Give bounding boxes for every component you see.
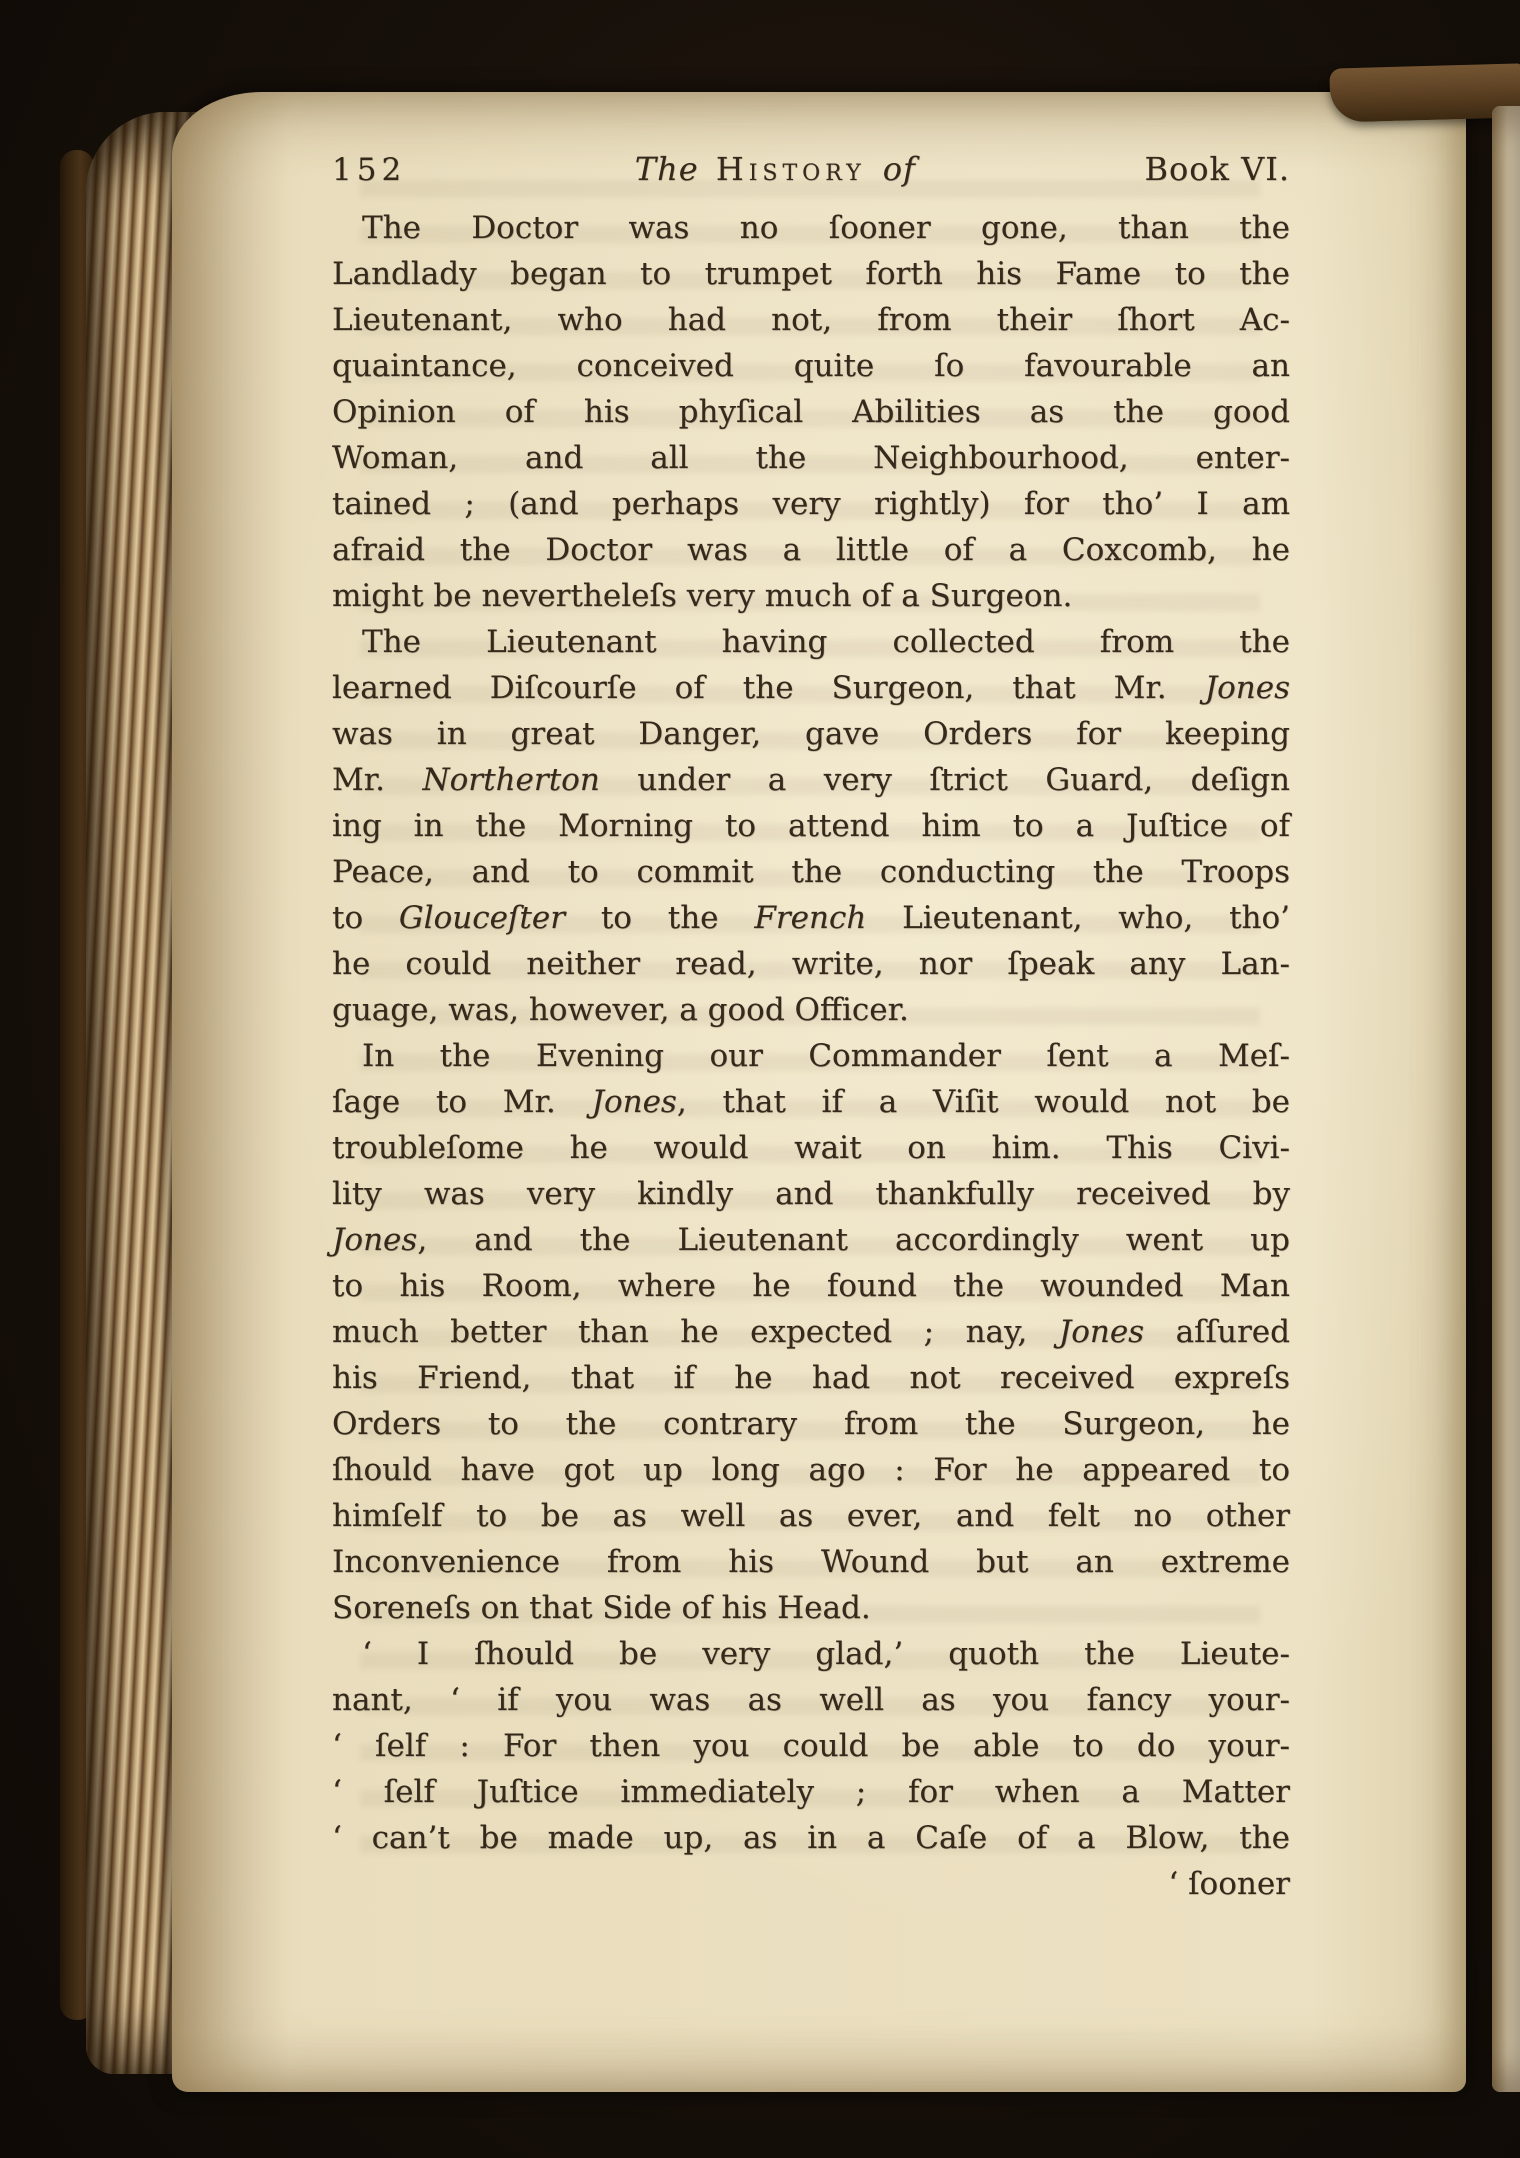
page-header: 152 The History of Book VI.: [332, 146, 1290, 193]
text-segment: guage, was, however, a good Officer.: [332, 992, 909, 1028]
text-segment: Lieutenant, who, tho’: [866, 900, 1290, 936]
text-line: The Lieutenant having collected from the: [332, 619, 1290, 665]
text-segment: learned Diſcourſe of the Surgeon, that M…: [332, 670, 1205, 706]
text-column: 152 The History of Book VI. The Doctor w…: [332, 146, 1290, 1907]
text-line: much better than he expected ; nay, Jone…: [332, 1309, 1290, 1355]
text-segment: , and the Lieutenant accordingly went up: [417, 1222, 1290, 1258]
text-segment: The Doctor was no ſooner gone, than the: [362, 210, 1290, 246]
text-segment: himſelf to be as well as ever, and felt …: [332, 1498, 1290, 1534]
text-segment: his Friend, that if he had not received …: [332, 1360, 1290, 1396]
text-segment: was in great Danger, gave Orders for kee…: [332, 716, 1290, 752]
text-segment: ‘ ſelf : For then you could be able to d…: [332, 1728, 1290, 1764]
italic-text: Glouceſter: [399, 900, 565, 936]
text-segment: Landlady began to trumpet forth his Fame…: [332, 256, 1290, 292]
text-line: he could neither read, write, nor ſpeak …: [332, 941, 1290, 987]
text-segment: Peace, and to commit the conducting the …: [332, 854, 1290, 890]
text-segment: ſhould have got up long ago : For he app…: [332, 1452, 1290, 1488]
italic-text: Jones: [592, 1084, 677, 1120]
text-line: to his Room, where he found the wounded …: [332, 1263, 1290, 1309]
text-segment: under a very ſtrict Guard, deſign: [600, 762, 1290, 798]
text-line: Landlady began to trumpet forth his Fame…: [332, 251, 1290, 297]
text-line: ſhould have got up long ago : For he app…: [332, 1447, 1290, 1493]
text-line: Inconvenience from his Wound but an extr…: [332, 1539, 1290, 1585]
text-line: learned Diſcourſe of the Surgeon, that M…: [332, 665, 1290, 711]
text-segment: Opinion of his phyſical Abilities as the…: [332, 394, 1290, 430]
text-segment: Inconvenience from his Wound but an extr…: [332, 1544, 1290, 1580]
text-segment: quaintance, conceived quite ſo favourabl…: [332, 348, 1290, 384]
text-segment: to the: [565, 900, 754, 936]
text-segment: , that if a Viſit would not be: [677, 1084, 1290, 1120]
italic-text: French: [754, 900, 866, 936]
book-label: Book VI.: [1144, 146, 1290, 192]
text-segment: ‘ can’t be made up, as in a Caſe of a Bl…: [332, 1820, 1290, 1856]
text-segment: afraid the Doctor was a little of a Coxc…: [332, 532, 1290, 568]
text-segment: ‘ I ſhould be very glad,’ quoth the Lieu…: [362, 1636, 1290, 1672]
text-line: In the Evening our Commander ſent a Meſ-: [332, 1033, 1290, 1079]
text-segment: troubleſome he would wait on him. This C…: [332, 1130, 1290, 1166]
text-line: ‘ ſelf Juſtice immediately ; for when a …: [332, 1769, 1290, 1815]
italic-text: Northerton: [423, 762, 600, 798]
text-line: Jones, and the Lieutenant accordingly we…: [332, 1217, 1290, 1263]
text-segment: ing in the Morning to attend him to a Ju…: [332, 808, 1290, 844]
text-line: Mr. Northerton under a very ſtrict Guard…: [332, 757, 1290, 803]
text-segment: lity was very kindly and thankfully rece…: [332, 1176, 1290, 1212]
text-line: might be nevertheleſs very much of a Sur…: [332, 573, 1290, 619]
text-line: Lieutenant, who had not, from their ſhor…: [332, 297, 1290, 343]
text-line: himſelf to be as well as ever, and felt …: [332, 1493, 1290, 1539]
text-line: was in great Danger, gave Orders for kee…: [332, 711, 1290, 757]
text-segment: nant, ‘ if you was as well as you fancy …: [332, 1682, 1290, 1718]
text-line: Peace, and to commit the conducting the …: [332, 849, 1290, 895]
text-segment: In the Evening our Commander ſent a Meſ-: [362, 1038, 1290, 1074]
running-title-segment: History: [710, 150, 872, 188]
text-line: Opinion of his phyſical Abilities as the…: [332, 389, 1290, 435]
text-line: to Glouceſter to the French Lieutenant, …: [332, 895, 1290, 941]
facing-page-edge: [1492, 106, 1520, 2092]
text-segment: The Lieutenant having collected from the: [362, 624, 1290, 660]
italic-text: Jones: [1059, 1314, 1144, 1350]
paragraph: ‘ I ſhould be very glad,’ quoth the Lieu…: [332, 1631, 1290, 1861]
text-segment: to: [332, 900, 399, 936]
paragraph: The Doctor was no ſooner gone, than theL…: [332, 205, 1290, 619]
text-line: Orders to the contrary from the Surgeon,…: [332, 1401, 1290, 1447]
text-line: Soreneſs on that Side of his Head.: [332, 1585, 1290, 1631]
text-line: guage, was, however, a good Officer.: [332, 987, 1290, 1033]
text-segment: Mr.: [332, 762, 423, 798]
text-segment: Orders to the contrary from the Surgeon,…: [332, 1406, 1290, 1442]
text-line: ‘ ſelf : For then you could be able to d…: [332, 1723, 1290, 1769]
text-segment: Soreneſs on that Side of his Head.: [332, 1590, 871, 1626]
text-segment: ſage to Mr.: [332, 1084, 592, 1120]
text-line: lity was very kindly and thankfully rece…: [332, 1171, 1290, 1217]
text-segment: to his Room, where he found the wounded …: [332, 1268, 1290, 1304]
text-line: ‘ I ſhould be very glad,’ quoth the Lieu…: [332, 1631, 1290, 1677]
text-segment: might be nevertheleſs very much of a Sur…: [332, 578, 1072, 614]
paragraph: The Lieutenant having collected from the…: [332, 619, 1290, 1033]
text-line: his Friend, that if he had not received …: [332, 1355, 1290, 1401]
text-line: tained ; (and perhaps very rightly) for …: [332, 481, 1290, 527]
text-segment: ‘ ſelf Juſtice immediately ; for when a …: [332, 1774, 1290, 1810]
text-line: quaintance, conceived quite ſo favourabl…: [332, 343, 1290, 389]
body-text: The Doctor was no ſooner gone, than theL…: [332, 205, 1290, 1861]
text-line: ſage to Mr. Jones, that if a Viſit would…: [332, 1079, 1290, 1125]
running-title-segment: of: [872, 150, 916, 188]
running-title: The History of: [635, 146, 916, 192]
italic-text: Jones: [332, 1222, 417, 1258]
text-segment: he could neither read, write, nor ſpeak …: [332, 946, 1290, 982]
text-line: The Doctor was no ſooner gone, than the: [332, 205, 1290, 251]
text-segment: Lieutenant, who had not, from their ſhor…: [332, 302, 1290, 338]
catchword: ‘ ſooner: [332, 1861, 1290, 1907]
text-line: troubleſome he would wait on him. This C…: [332, 1125, 1290, 1171]
text-line: ‘ can’t be made up, as in a Caſe of a Bl…: [332, 1815, 1290, 1861]
text-line: afraid the Doctor was a little of a Coxc…: [332, 527, 1290, 573]
text-segment: tained ; (and perhaps very rightly) for …: [332, 486, 1290, 522]
book-photo: { "book_page": { "header": { "page_numbe…: [0, 0, 1520, 2158]
text-segment: Woman, and all the Neighbourhood, enter-: [332, 440, 1290, 476]
text-line: nant, ‘ if you was as well as you fancy …: [332, 1677, 1290, 1723]
text-segment: much better than he expected ; nay,: [332, 1314, 1059, 1350]
paragraph: In the Evening our Commander ſent a Meſ-…: [332, 1033, 1290, 1631]
italic-text: Jones: [1205, 670, 1290, 706]
page-number: 152: [332, 147, 406, 193]
text-segment: aſſured: [1144, 1314, 1290, 1350]
text-line: ing in the Morning to attend him to a Ju…: [332, 803, 1290, 849]
text-line: Woman, and all the Neighbourhood, enter-: [332, 435, 1290, 481]
running-title-segment: The: [635, 150, 710, 188]
